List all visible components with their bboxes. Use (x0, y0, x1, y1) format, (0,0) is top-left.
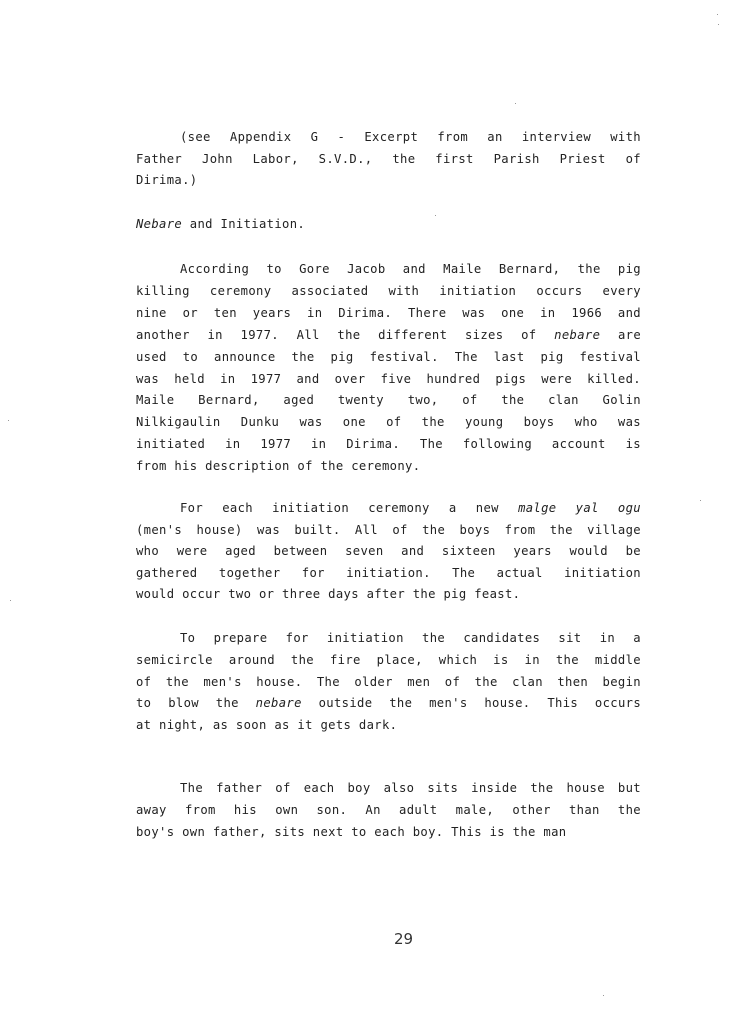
page-number: 29 (394, 930, 413, 948)
text-line: Father John Labor, S.V.D., the first Par… (136, 152, 641, 167)
heading-rest: and Initiation. (182, 217, 305, 231)
text-line: who were aged between seven and sixteen … (136, 544, 641, 559)
text-line: semicircle around the fire place, which … (136, 653, 641, 668)
text-line: Dirima.) (136, 173, 641, 188)
text-line: According to Gore Jacob and Maile Bernar… (180, 262, 641, 277)
text-line: used to announce the pig festival. The l… (136, 350, 641, 365)
text-line: boy's own father, sits next to each boy.… (136, 825, 641, 840)
document-page: Nebare and Initiation. 29 (see Appendix … (0, 0, 740, 1017)
text-line: nine or ten years in Dirima. There was o… (136, 306, 641, 321)
text-line: from his description of the ceremony. (136, 459, 641, 474)
text-line: killing ceremony associated with initiat… (136, 284, 641, 299)
text-line: of the men's house. The older men of the… (136, 675, 641, 690)
text-line: To prepare for initiation the candidates… (180, 631, 641, 646)
text-line: was held in 1977 and over five hundred p… (136, 372, 641, 387)
text-line: away from his own son. An adult male, ot… (136, 803, 641, 818)
text-line: at night, as soon as it gets dark. (136, 718, 641, 733)
text-line: (men's house) was built. All of the boys… (136, 523, 641, 538)
text-line: initiated in 1977 in Dirima. The followi… (136, 437, 641, 452)
text-line: to blow the nebare outside the men's hou… (136, 696, 641, 711)
text-line: would occur two or three days after the … (136, 587, 641, 602)
text-line: For each initiation ceremony a new malge… (180, 501, 641, 516)
section-heading: Nebare and Initiation. (136, 217, 305, 232)
text-line: Nilkigaulin Dunku was one of the young b… (136, 415, 641, 430)
text-line: (see Appendix G - Excerpt from an interv… (180, 130, 641, 145)
heading-italic: Nebare (136, 217, 182, 231)
text-line: another in 1977. All the different sizes… (136, 328, 641, 343)
text-line: gathered together for initiation. The ac… (136, 566, 641, 581)
text-line: Maile Bernard, aged twenty two, of the c… (136, 393, 641, 408)
text-line: The father of each boy also sits inside … (180, 781, 641, 796)
